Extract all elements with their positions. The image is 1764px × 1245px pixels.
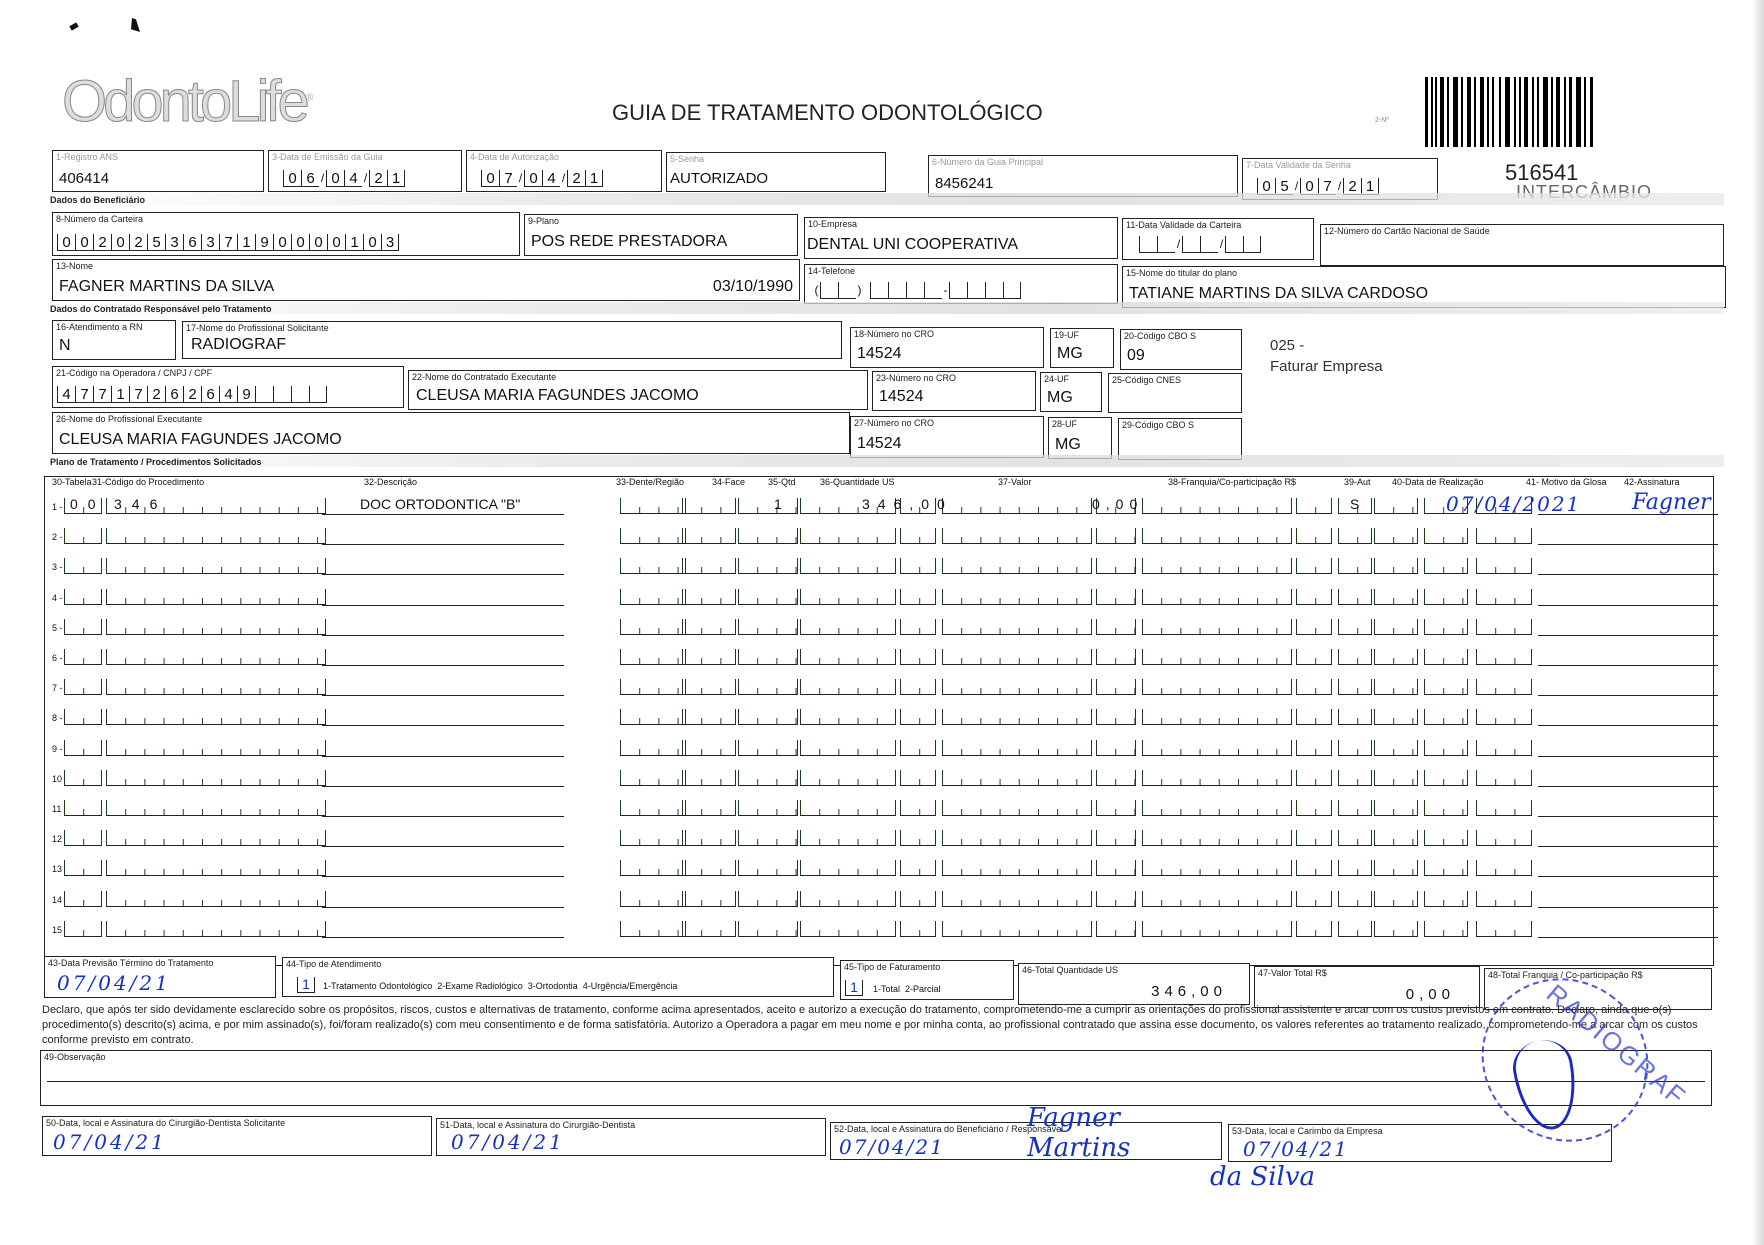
valor-input[interactable] [942,860,1092,876]
us-input[interactable] [800,800,896,816]
codigo-input[interactable] [106,891,326,907]
face-input[interactable] [682,740,736,756]
glosa-line[interactable] [1538,695,1718,696]
qtd-input[interactable] [738,619,798,635]
mes-input[interactable] [1424,649,1468,665]
aut-input[interactable] [1338,891,1372,907]
mes-input[interactable] [1424,830,1468,846]
dente-input[interactable] [620,770,686,786]
dia-input[interactable] [1374,558,1418,574]
valor-input[interactable] [942,528,1092,544]
franquia-input[interactable] [1142,860,1292,876]
telefone-value[interactable]: () - [813,282,1021,299]
glosa-line[interactable] [1538,574,1718,575]
col-franquia: 38-Franquia/Co-participação R$ [1168,477,1296,487]
uf-28-value[interactable]: MG [1055,436,1081,454]
franquia-input[interactable] [1142,770,1292,786]
valor-decimal-input[interactable] [1096,589,1136,605]
descricao-line[interactable] [322,665,564,666]
field-6-guia-principal: 6-Número da Guia Principal 8456241 [928,155,1238,197]
descricao-line[interactable] [322,605,564,606]
ano-input[interactable] [1476,558,1532,574]
col-valor: 37-Valor [998,477,1031,487]
face-input[interactable] [682,589,736,605]
col-tabela: 30-Tabela [52,477,92,487]
franquia-input[interactable] [1142,589,1292,605]
franquia-decimal-input[interactable] [1296,921,1332,937]
mes-input[interactable] [1424,800,1468,816]
franquia-decimal-input[interactable] [1296,891,1332,907]
valor-decimal-input[interactable] [1096,830,1136,846]
mes-input[interactable] [1424,921,1468,937]
us-input[interactable] [800,649,896,665]
procedure-row: 4 - [52,587,1712,609]
descricao-line[interactable] [322,725,564,726]
qtd-input[interactable] [738,770,798,786]
valor-input[interactable] [942,649,1092,665]
face-input[interactable] [682,528,736,544]
aut-input[interactable] [1338,528,1372,544]
guia-principal-value[interactable]: 8456241 [935,175,993,192]
profissional-executante-value[interactable]: CLEUSA MARIA FAGUNDES JACOMO [59,431,342,449]
valor-input[interactable] [942,921,1092,937]
face-input[interactable] [682,830,736,846]
franquia-input[interactable] [1142,498,1292,514]
franquia-input[interactable] [1142,558,1292,574]
valor-decimal-input[interactable] [1096,921,1136,937]
section-contratado: Dados do Contratado Responsável pelo Tra… [50,304,272,314]
us-decimal-input[interactable] [900,649,936,665]
codigo-value: 346 [114,496,167,512]
face-input[interactable] [682,558,736,574]
ano-input[interactable] [1476,921,1532,937]
valor-decimal-input[interactable] [1096,679,1136,695]
dente-input[interactable] [620,528,686,544]
dia-input[interactable] [1374,891,1418,907]
us-decimal-input[interactable] [900,891,936,907]
numero-cro-23-value[interactable]: 14524 [879,388,924,406]
dente-input[interactable] [620,860,686,876]
valor-input[interactable] [942,619,1092,635]
qtd-input[interactable] [738,589,798,605]
glosa-line[interactable] [1538,876,1718,877]
glosa-line[interactable] [1538,605,1718,606]
qtd-input[interactable] [738,800,798,816]
tabela-input[interactable] [64,770,102,786]
ano-input[interactable] [1476,528,1532,544]
field-28-uf: 28-UF MG [1048,417,1112,459]
dia-input[interactable] [1374,589,1418,605]
us-input[interactable] [800,891,896,907]
ano-input[interactable] [1476,740,1532,756]
us-decimal-input[interactable] [900,528,936,544]
plano-value[interactable]: POS REDE PRESTADORA [531,233,727,251]
dente-input[interactable] [620,649,686,665]
valor-decimal-input[interactable] [1096,860,1136,876]
mes-input[interactable] [1424,891,1468,907]
us-input[interactable] [800,830,896,846]
dia-input[interactable] [1374,740,1418,756]
qtd-input[interactable] [738,528,798,544]
codigo-input[interactable] [106,649,326,665]
qtd-input[interactable] [738,891,798,907]
face-input[interactable] [682,921,736,937]
us-input[interactable] [800,709,896,725]
us-input[interactable] [800,558,896,574]
franquia-decimal-input[interactable] [1296,709,1332,725]
valor-input[interactable] [942,800,1092,816]
descricao-line[interactable] [322,846,564,847]
data-emissao-value[interactable]: 06/ 04/ 21 [283,170,405,187]
franquia-input[interactable] [1142,679,1292,695]
mes-input[interactable] [1424,679,1468,695]
codigo-input[interactable] [106,830,326,846]
mes-input[interactable] [1424,558,1468,574]
valor-decimal-input[interactable] [1096,558,1136,574]
franquia-decimal-input[interactable] [1296,528,1332,544]
valor-input[interactable] [942,891,1092,907]
valor-input[interactable] [942,558,1092,574]
face-input[interactable] [682,800,736,816]
numero-cro-27-value[interactable]: 14524 [857,435,902,453]
descricao-line[interactable] [322,514,564,515]
mes-input[interactable] [1424,589,1468,605]
dia-input[interactable] [1374,679,1418,695]
tabela-input[interactable] [64,649,102,665]
dia-input[interactable] [1374,649,1418,665]
field-43-previsao-termino: 43-Data Previsão Término do Tratamento 0… [44,956,276,998]
qtd-input[interactable] [738,830,798,846]
descricao-line[interactable] [322,816,564,817]
valor-decimal-input[interactable] [1096,770,1136,786]
registro-ans-value[interactable]: 406414 [59,170,109,187]
atendimento-rn-value[interactable]: N [59,337,71,355]
valor-input[interactable] [942,770,1092,786]
codigo-input[interactable] [106,709,326,725]
us-decimal-input[interactable] [900,860,936,876]
us-decimal-input[interactable] [900,679,936,695]
aut-input[interactable] [1338,770,1372,786]
qtd-input[interactable] [738,498,798,514]
glosa-line[interactable] [1538,635,1718,636]
us-decimal-input[interactable] [900,558,936,574]
valor-input[interactable] [942,589,1092,605]
descricao-line[interactable] [322,756,564,757]
tabela-input[interactable] [64,740,102,756]
codigo-input[interactable] [106,528,326,544]
field-22-contratado-executante: 22-Nome do Contratado Executante CLEUSA … [408,370,868,410]
valor-decimal-input[interactable] [1096,528,1136,544]
glosa-line[interactable] [1538,665,1718,666]
valor-input[interactable] [942,679,1092,695]
us-input[interactable] [800,921,896,937]
codigo-operadora-value[interactable]: 47717262649 [57,386,327,403]
descricao-line[interactable] [322,695,564,696]
ano-input[interactable] [1476,589,1532,605]
uf-19-value[interactable]: MG [1057,345,1083,363]
valor-decimal-input[interactable] [1096,740,1136,756]
descricao-line[interactable] [322,574,564,575]
titular-plano-value[interactable]: TATIANE MARTINS DA SILVA CARDOSO [1129,285,1428,303]
qtd-input[interactable] [738,709,798,725]
tabela-input[interactable] [64,679,102,695]
franquia-input[interactable] [1142,528,1292,544]
franquia-decimal-input[interactable] [1296,800,1332,816]
mes-input[interactable] [1424,709,1468,725]
us-input[interactable] [800,679,896,695]
qtd-input[interactable] [738,679,798,695]
ano-input[interactable] [1476,619,1532,635]
total-quantidade-us-value[interactable]: 346,00 [1151,983,1227,1000]
us-decimal-input[interactable] [900,770,936,786]
data-autorizacao-value[interactable]: 07/ 04/ 21 [481,170,603,187]
numero-carteira-value[interactable]: 0020253637190000103 [57,234,399,251]
assinatura-dentista-date[interactable]: 07/04/21 [451,1130,565,1154]
aut-input[interactable] [1338,740,1372,756]
contratado-executante-value[interactable]: CLEUSA MARIA FAGUNDES JACOMO [416,387,699,405]
dente-input[interactable] [620,589,686,605]
aut-value: S [1350,496,1359,512]
valor-input[interactable] [942,709,1092,725]
aut-input[interactable] [1338,830,1372,846]
franquia-decimal-input[interactable] [1296,558,1332,574]
procedures-header: 30-Tabela 31-Código do Procedimento 32-D… [52,477,1712,491]
us-input[interactable] [800,860,896,876]
franquia-decimal-input[interactable] [1296,860,1332,876]
assinatura-beneficiario-date[interactable]: 07/04/21 [839,1135,945,1159]
dia-input[interactable] [1374,800,1418,816]
validade-carteira-value[interactable]: // [1139,236,1261,253]
descricao-line[interactable] [322,876,564,877]
face-input[interactable] [682,619,736,635]
procedure-row: 2 - [52,526,1712,548]
face-input[interactable] [682,709,736,725]
ano-input[interactable] [1476,709,1532,725]
franquia-input[interactable] [1142,649,1292,665]
field-47-valor-total: 47-Valor Total R$ 0,00 [1254,966,1480,1008]
franquia-input[interactable] [1142,709,1292,725]
senha-value[interactable]: AUTORIZADO [670,170,768,187]
dente-input[interactable] [620,558,686,574]
qtd-input[interactable] [738,649,798,665]
descricao-line[interactable] [322,786,564,787]
franquia-decimal-input[interactable] [1296,830,1332,846]
tabela-input[interactable] [64,709,102,725]
face-input[interactable] [682,770,736,786]
aut-input[interactable] [1338,709,1372,725]
us-decimal-input[interactable] [900,740,936,756]
dente-input[interactable] [620,498,686,514]
franquia-decimal-input[interactable] [1296,770,1332,786]
dente-input[interactable] [620,709,686,725]
valor-decimal-input[interactable] [1096,619,1136,635]
ano-input[interactable] [1476,800,1532,816]
qtd-input[interactable] [738,921,798,937]
franquia-decimal-input[interactable] [1296,619,1332,635]
franquia-input[interactable] [1142,891,1292,907]
us-input[interactable] [800,528,896,544]
face-input[interactable] [682,679,736,695]
section-band [50,193,1724,205]
codigo-input[interactable] [106,619,326,635]
us-input[interactable] [800,740,896,756]
tabela-input[interactable] [64,619,102,635]
aut-input[interactable] [1338,649,1372,665]
numero-cro-18-value[interactable]: 14524 [857,345,902,363]
tabela-input[interactable] [64,830,102,846]
us-decimal-input[interactable] [900,709,936,725]
tipo-atendimento-checkbox[interactable]: 1 [297,977,315,993]
valor-decimal-input[interactable] [1096,709,1136,725]
glosa-line[interactable] [1538,816,1718,817]
descricao-line[interactable] [322,937,564,938]
aut-input[interactable] [1338,679,1372,695]
uf-24-value[interactable]: MG [1047,389,1073,407]
dia-input[interactable] [1374,498,1418,514]
dia-input[interactable] [1374,770,1418,786]
us-decimal-input[interactable] [900,800,936,816]
descricao-line[interactable] [322,907,564,908]
dente-input[interactable] [620,619,686,635]
valor-decimal-input[interactable] [1096,649,1136,665]
profissional-solicitante-value[interactable]: RADIOGRAF [191,336,286,354]
face-input[interactable] [682,649,736,665]
codigo-input[interactable] [106,860,326,876]
mes-input[interactable] [1424,770,1468,786]
data-nascimento-value[interactable]: 03/10/1990 [713,278,793,296]
empresa-value[interactable]: DENTAL UNI COOPERATIVA [807,236,1018,254]
codigo-input[interactable] [106,770,326,786]
aut-input[interactable] [1338,921,1372,937]
cbo-s-20-value[interactable]: 09 [1127,347,1145,365]
codigo-input[interactable] [106,800,326,816]
glosa-line[interactable] [1538,786,1718,787]
dente-input[interactable] [620,921,686,937]
qtd-input[interactable] [738,558,798,574]
franquia-input[interactable] [1142,830,1292,846]
dia-input[interactable] [1374,830,1418,846]
us-decimal-input[interactable] [900,921,936,937]
qtd-input[interactable] [738,860,798,876]
aut-input[interactable] [1338,860,1372,876]
us-input[interactable] [800,589,896,605]
valor-decimal-input[interactable] [1096,891,1136,907]
ano-input[interactable] [1476,770,1532,786]
ano-input[interactable] [1476,891,1532,907]
ano-input[interactable] [1476,649,1532,665]
mes-input[interactable] [1424,740,1468,756]
qtd-input[interactable] [738,740,798,756]
nome-value[interactable]: FAGNER MARTINS DA SILVA [59,278,274,296]
mes-input[interactable] [1424,619,1468,635]
franquia-input[interactable] [1142,921,1292,937]
ano-input[interactable] [1476,679,1532,695]
assinatura-solicitante-date[interactable]: 07/04/21 [53,1130,167,1154]
franquia-input[interactable] [1142,800,1292,816]
face-input[interactable] [682,891,736,907]
tabela-input[interactable] [64,528,102,544]
us-decimal-input[interactable] [900,619,936,635]
us-decimal-input[interactable] [900,830,936,846]
glosa-line[interactable] [1538,756,1718,757]
glosa-line[interactable] [1538,544,1718,545]
valor-input[interactable] [942,498,1092,514]
franquia-input[interactable] [1142,740,1292,756]
aut-input[interactable] [1338,800,1372,816]
valor-total-value[interactable]: 0,00 [1406,986,1455,1003]
face-input[interactable] [682,498,736,514]
dente-input[interactable] [620,800,686,816]
dia-input[interactable] [1374,860,1418,876]
ano-input[interactable] [1476,860,1532,876]
codigo-input[interactable] [106,558,326,574]
mes-input[interactable] [1424,860,1468,876]
us-input[interactable] [800,770,896,786]
aut-input[interactable] [1338,558,1372,574]
codigo-input[interactable] [106,589,326,605]
carimbo-empresa-date[interactable]: 07/04/21 [1243,1137,1349,1161]
dia-input[interactable] [1374,709,1418,725]
aut-input[interactable] [1338,589,1372,605]
dia-input[interactable] [1374,528,1418,544]
tabela-input[interactable] [64,800,102,816]
tipo-faturamento-checkbox[interactable]: 1 [845,980,863,996]
face-input[interactable] [682,860,736,876]
tabela-input[interactable] [64,860,102,876]
us-decimal-input[interactable] [900,589,936,605]
franquia-input[interactable] [1142,619,1292,635]
us-input[interactable] [800,619,896,635]
col-descricao: 32-Descrição [364,477,417,487]
previsao-termino-value[interactable]: 07/04/21 [57,971,171,995]
franquia-decimal-input[interactable] [1296,740,1332,756]
franquia-decimal-input[interactable] [1296,498,1332,514]
codigo-input[interactable] [106,921,326,937]
dia-input[interactable] [1374,619,1418,635]
dente-input[interactable] [620,891,686,907]
glosa-line[interactable] [1538,937,1718,938]
field-27-numero-cro: 27-Número no CRO 14524 [850,416,1044,458]
descricao-line[interactable] [322,544,564,545]
codigo-input[interactable] [106,740,326,756]
glosa-line[interactable] [1538,846,1718,847]
dia-input[interactable] [1374,921,1418,937]
dente-input[interactable] [620,679,686,695]
dente-input[interactable] [620,830,686,846]
dente-input[interactable] [620,740,686,756]
franquia-decimal-input[interactable] [1296,649,1332,665]
codigo-input[interactable] [106,679,326,695]
valor-input[interactable] [942,740,1092,756]
franquia-decimal-input[interactable] [1296,589,1332,605]
glosa-line[interactable] [1538,725,1718,726]
glosa-line[interactable] [1538,907,1718,908]
aut-input[interactable] [1338,619,1372,635]
tabela-input[interactable] [64,589,102,605]
field-18-numero-cro: 18-Número no CRO 14524 [850,327,1044,368]
tabela-input[interactable] [64,921,102,937]
row-number: 6 - [52,653,63,663]
descricao-line[interactable] [322,635,564,636]
ano-input[interactable] [1476,830,1532,846]
valor-decimal-input[interactable] [1096,800,1136,816]
tabela-input[interactable] [64,891,102,907]
franquia-decimal-input[interactable] [1296,679,1332,695]
tabela-input[interactable] [64,558,102,574]
field-49-observacao[interactable]: 49-Observação [40,1050,1712,1106]
mes-input[interactable] [1424,528,1468,544]
valor-input[interactable] [942,830,1092,846]
